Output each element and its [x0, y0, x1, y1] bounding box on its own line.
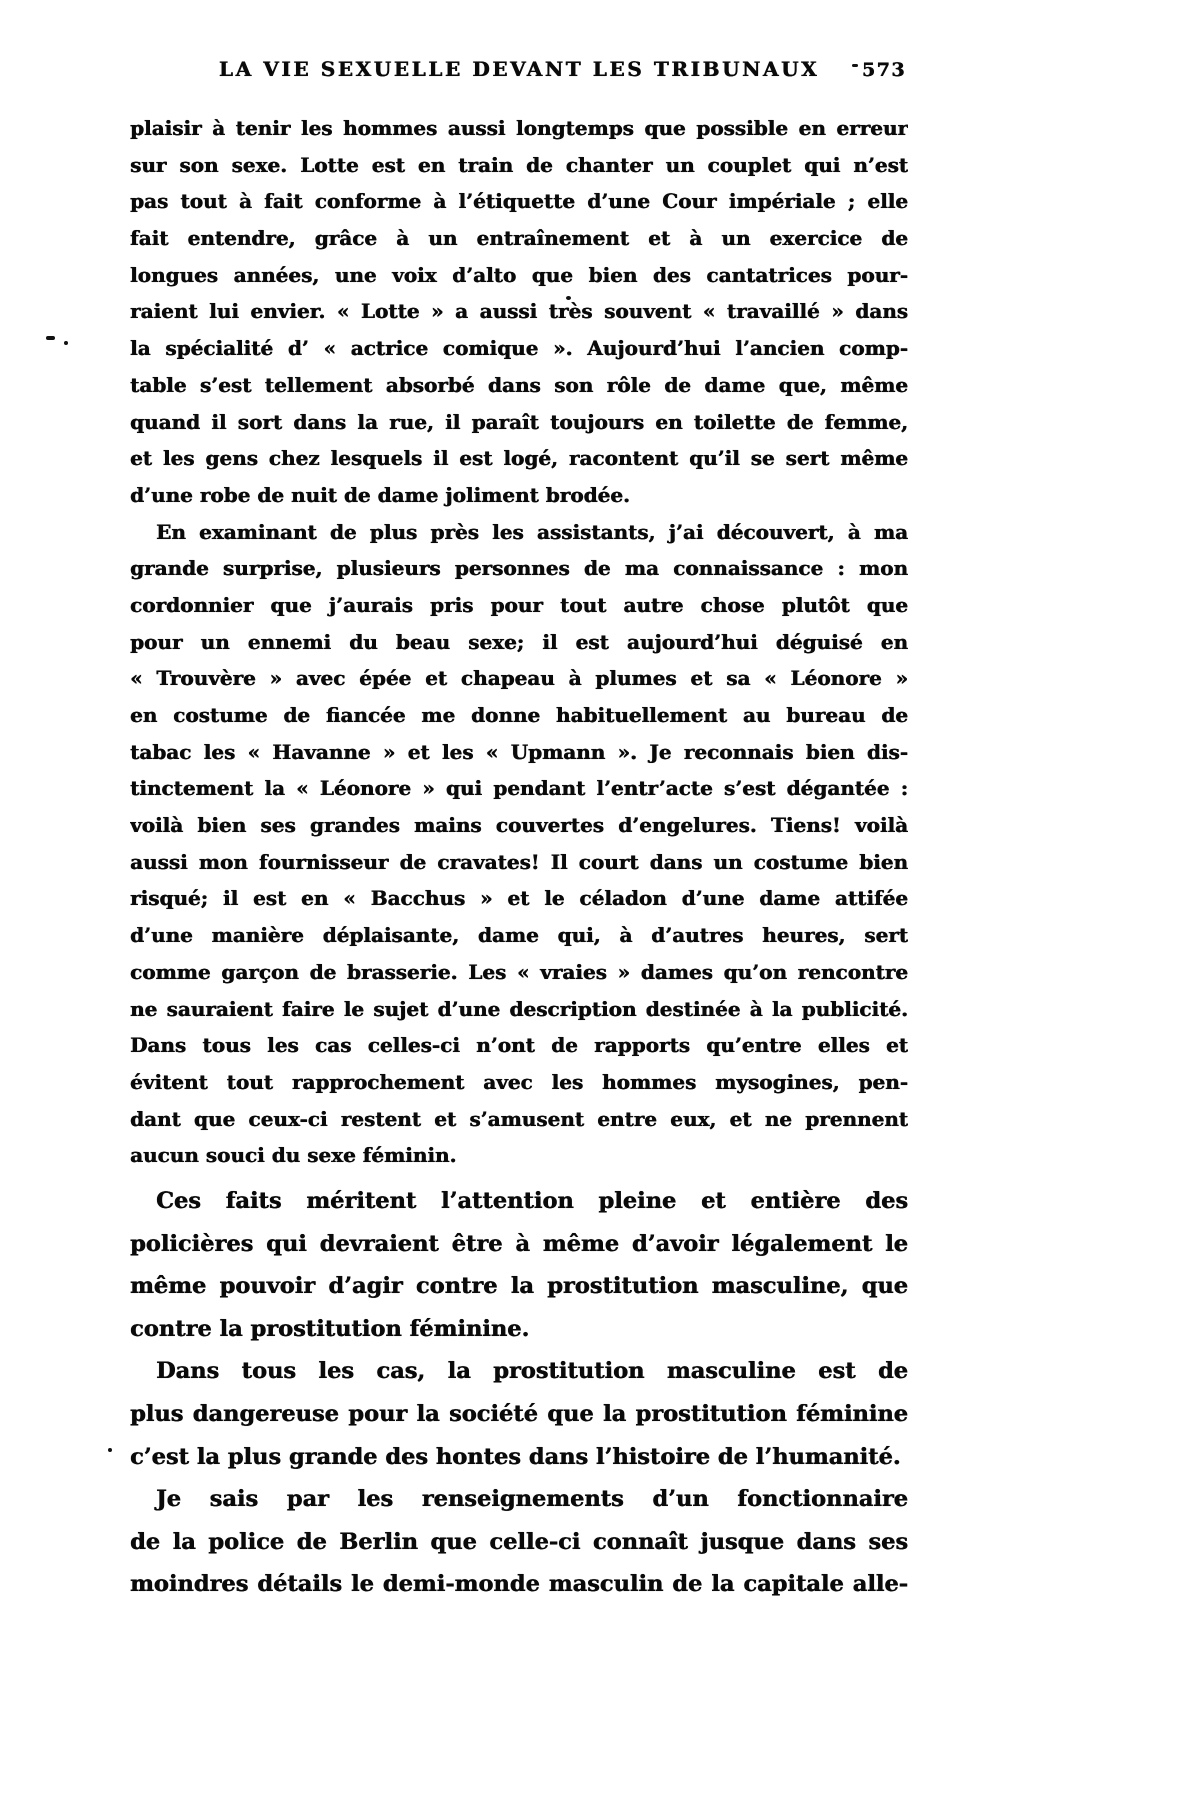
text-line: plus dangereuse pour la société que la p… [130, 1393, 908, 1436]
text-line: fait entendre, grâce à un entraînement e… [130, 220, 908, 257]
text-line: évitent tout rapprochement avec les homm… [130, 1064, 908, 1101]
text-line: de la police de Berlin que celle-ci conn… [130, 1521, 908, 1564]
text-line: dant que ceux-ci restent et s’amusent en… [130, 1101, 908, 1138]
text-line: Ces faits méritent l’attention pleine et… [130, 1180, 908, 1223]
text-line: En examinant de plus près les assistants… [130, 514, 908, 551]
text-line: c’est la plus grande des hontes dans l’h… [130, 1436, 908, 1479]
text-line: moindres détails le demi-monde masculin … [130, 1563, 908, 1606]
page-title: LA VIE SEXUELLE DEVANT LES TRIBUNAUX [130, 57, 908, 81]
text-line: contre la prostitution féminine. [130, 1308, 908, 1351]
text-line: en costume de fiancée me donne habituell… [130, 697, 908, 734]
text-line: voilà bien ses grandes mains couvertes d… [130, 807, 908, 844]
text-line: pas tout à fait conforme à l’étiquette d… [130, 183, 908, 220]
scan-artifact [108, 1448, 112, 1452]
text-line: la spécialité d’ « actrice comique ». Au… [130, 330, 908, 367]
text-line: ne sauraient faire le sujet d’une descri… [130, 991, 908, 1028]
text-line: d’une robe de nuit de dame joliment brod… [130, 477, 908, 514]
body-text-section-1: plaisir à tenir les hommes aussi longtem… [130, 110, 908, 1174]
text-line: plaisir à tenir les hommes aussi longtem… [130, 110, 908, 147]
scanned-book-page: LA VIE SEXUELLE DEVANT LES TRIBUNAUX 573… [0, 0, 1200, 1800]
scan-artifact [64, 341, 68, 345]
text-line: raient lui envier. « Lotte » a aussi trè… [130, 293, 908, 330]
text-line: policières qui devraient être à même d’a… [130, 1223, 908, 1266]
text-line: « Trouvère » avec épée et chapeau à plum… [130, 660, 908, 697]
text-line: pour un ennemi du beau sexe; il est aujo… [130, 624, 908, 661]
text-line: grande surprise, plusieurs personnes de … [130, 550, 908, 587]
text-line: aussi mon fournisseur de cravates! Il co… [130, 844, 908, 881]
text-line: et les gens chez lesquels il est logé, r… [130, 440, 908, 477]
body-text-section-2: Ces faits méritent l’attention pleine et… [130, 1180, 908, 1606]
text-line: longues années, une voix d’alto que bien… [130, 257, 908, 294]
text-line: aucun souci du sexe féminin. [130, 1137, 908, 1174]
text-line: sur son sexe. Lotte est en train de chan… [130, 147, 908, 184]
page-number: 573 [862, 59, 906, 81]
text-line: comme garçon de brasserie. Les « vraies … [130, 954, 908, 991]
scan-artifact [566, 296, 571, 300]
scan-artifact [46, 336, 55, 340]
text-line: quand il sort dans la rue, il paraît tou… [130, 404, 908, 441]
scan-artifact [852, 64, 858, 67]
text-line: Je sais par les renseignements d’un fonc… [130, 1478, 908, 1521]
text-line: même pouvoir d’agir contre la prostituti… [130, 1265, 908, 1308]
text-line: tinctement la « Léonore » qui pendant l’… [130, 770, 908, 807]
text-line: Dans tous les cas celles-ci n’ont de rap… [130, 1027, 908, 1064]
text-line: tabac les « Havanne » et les « Upmann ».… [130, 734, 908, 771]
text-line: Dans tous les cas, la prostitution mascu… [130, 1350, 908, 1393]
text-line: d’une manière déplaisante, dame qui, à d… [130, 917, 908, 954]
text-line: risqué; il est en « Bacchus » et le céla… [130, 880, 908, 917]
text-line: table s’est tellement absorbé dans son r… [130, 367, 908, 404]
running-header: LA VIE SEXUELLE DEVANT LES TRIBUNAUX 573 [130, 57, 908, 85]
text-line: cordonnier que j’aurais pris pour tout a… [130, 587, 908, 624]
